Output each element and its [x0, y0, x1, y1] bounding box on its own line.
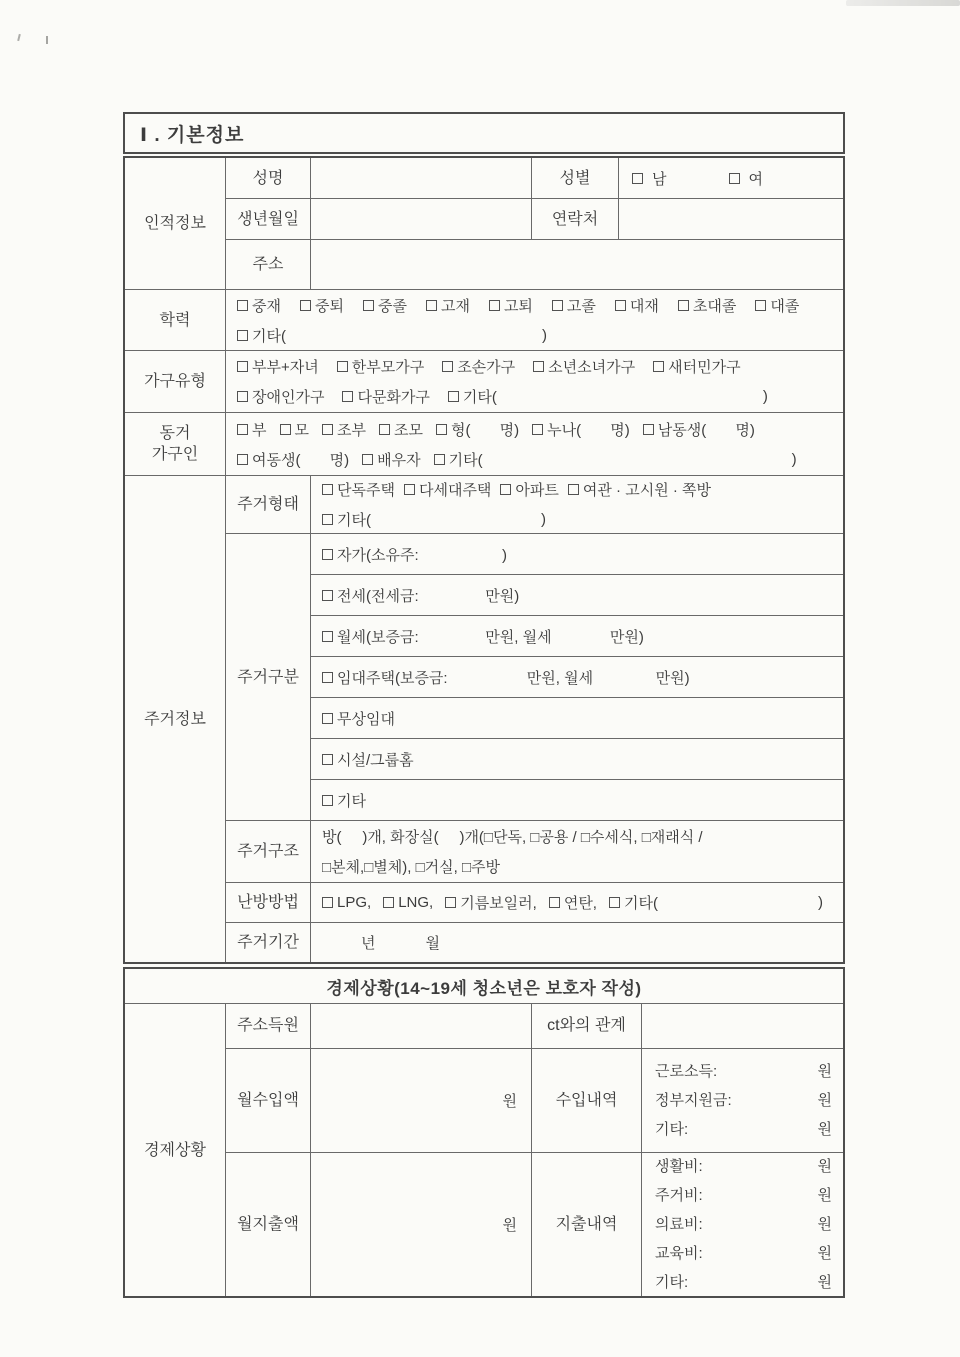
housing-period-label: 주거기간: [226, 923, 310, 962]
housing-info-grid: 주거형태 단독주택다세대주택아파트여관 · 고시원 · 쪽방 기타( ): [225, 476, 843, 962]
checkbox-icon[interactable]: [609, 897, 620, 908]
contact-field[interactable]: [618, 199, 843, 239]
cohabitants-options: 부모조부조모형( 명)누나( 명)남동생( 명) 여동생( 명)배우자기타( ): [225, 413, 843, 475]
housing-form-checkbox-option[interactable]: 다세대주택: [404, 479, 491, 500]
education-checkbox-option[interactable]: 고퇴: [489, 295, 533, 316]
checkbox-icon[interactable]: [322, 713, 333, 724]
checkbox-icon[interactable]: [322, 484, 333, 495]
checkbox-icon[interactable]: [379, 424, 390, 435]
checkbox-icon[interactable]: [678, 300, 689, 311]
household-type-line2: 장애인가구다문화가구기타( ): [237, 383, 835, 410]
income-source-field[interactable]: [310, 1004, 531, 1048]
currency-unit: 원: [818, 1268, 833, 1297]
economy-row: 경제상황 주소득원 ct와의 관계 월수입액 원 수입내역: [125, 1003, 843, 1296]
checkbox-icon[interactable]: [322, 631, 333, 642]
housing-info-label: 주거정보: [125, 476, 225, 962]
checkbox-icon[interactable]: [280, 424, 291, 435]
detail-label: 기타:: [655, 1115, 688, 1144]
gender-options: 남여: [618, 158, 843, 198]
heating-checkbox-option[interactable]: 연탄,: [549, 892, 597, 913]
housing-division-options: 자가(소유주: )전세(전세금: 만원)월세(보증금: 만원, 월세 만원)임대…: [310, 534, 843, 820]
housing-division-checkbox-option[interactable]: 기타: [311, 779, 843, 820]
housing-form-checkbox-option[interactable]: 기타(: [322, 509, 371, 530]
address-field[interactable]: [310, 240, 843, 289]
personal-info-grid: 성명 성별 남여 생년월일 연락처 주소: [225, 158, 843, 289]
heating-checkbox-option[interactable]: 기타(: [609, 892, 658, 913]
housing-division-label: 주거구분: [226, 534, 310, 820]
income-breakdown-label: 수입내역: [531, 1049, 641, 1152]
detail-label: 주거비:: [655, 1181, 703, 1210]
checkbox-icon[interactable]: [632, 173, 643, 184]
checkbox-icon[interactable]: [322, 424, 333, 435]
checkbox-icon[interactable]: [300, 300, 311, 311]
currency-unit: 원: [503, 1214, 518, 1235]
currency-unit: 원: [818, 1057, 833, 1086]
currency-unit: 원: [503, 1090, 518, 1111]
housing-info-row: 주거정보 주거형태 단독주택다세대주택아파트여관 · 고시원 · 쪽방 기타( …: [125, 475, 843, 962]
housing-form-line2: 기타( ): [322, 506, 835, 533]
birthdate-label: 생년월일: [226, 199, 310, 239]
cohabitants-label: 동거가구인: [125, 413, 225, 475]
cohabitant-checkbox-option[interactable]: 조부: [322, 419, 366, 440]
household-type-checkbox-option[interactable]: 장애인가구: [237, 386, 324, 407]
cohabitant-checkbox-option[interactable]: 기타(: [434, 449, 483, 470]
housing-structure-line1[interactable]: 방( )개, 화장실( )개(□단독, □공용 / □수세식, □재래식 /: [322, 823, 835, 850]
currency-unit: 원: [818, 1239, 833, 1268]
detail-label: 근로소득:: [655, 1057, 717, 1086]
close-paren: ): [792, 451, 797, 468]
housing-form-label: 주거형태: [226, 476, 310, 533]
expense-detail-line[interactable]: 의료비:원: [642, 1210, 843, 1239]
cohabitants-line1: 부모조부조모형( 명)누나( 명)남동생( 명): [237, 416, 835, 443]
checkbox-icon[interactable]: [362, 454, 373, 465]
ct-relation-field[interactable]: [641, 1004, 843, 1048]
checkbox-icon[interactable]: [237, 424, 248, 435]
personal-info-row: 인적정보 성명 성별 남여 생년월일 연락처: [125, 158, 843, 289]
checkbox-icon[interactable]: [500, 484, 511, 495]
currency-unit: 원: [818, 1086, 833, 1115]
checkbox-icon[interactable]: [322, 549, 333, 560]
education-options: 중재중퇴중졸고재고퇴고졸대재초대졸대졸 기타( ): [225, 290, 843, 350]
checkbox-icon[interactable]: [552, 300, 563, 311]
heating-checkbox-option[interactable]: 기름보일러,: [445, 892, 537, 913]
cohabitant-checkbox-option[interactable]: 남동생( 명): [643, 419, 755, 440]
expense-detail-line[interactable]: 기타:원: [642, 1268, 843, 1297]
housing-period-field[interactable]: 년 월: [310, 923, 843, 962]
housing-division-checkbox-option[interactable]: 전세(전세금: 만원): [311, 574, 843, 615]
detail-label: 교육비:: [655, 1239, 703, 1268]
expense-detail-line[interactable]: 교육비:원: [642, 1239, 843, 1268]
education-checkbox-option[interactable]: 중재: [237, 295, 281, 316]
checkbox-icon[interactable]: [448, 391, 459, 402]
section-title: Ⅰ . 기본정보: [140, 120, 244, 147]
cohabitant-checkbox-option[interactable]: 누나( 명): [532, 419, 630, 440]
currency-unit: 원: [818, 1181, 833, 1210]
cohabitant-checkbox-option[interactable]: 조모: [379, 419, 423, 440]
checkbox-icon[interactable]: [445, 897, 456, 908]
household-type-checkbox-option[interactable]: 새터민가구: [653, 356, 740, 377]
housing-division-checkbox-option[interactable]: 자가(소유주: ): [311, 534, 843, 574]
cohabitants-line2: 여동생( 명)배우자기타( ): [237, 446, 835, 473]
heating-checkbox-option[interactable]: LNG,: [383, 894, 433, 911]
address-label: 주소: [226, 240, 310, 289]
main-table: 인적정보 성명 성별 남여 생년월일 연락처: [123, 156, 845, 964]
housing-form-line1: 단독주택다세대주택아파트여관 · 고시원 · 쪽방: [322, 476, 835, 503]
economy-header: 경제상황(14~19세 청소년은 보호자 작성): [125, 969, 843, 1003]
housing-division-checkbox-option[interactable]: 무상임대: [311, 697, 843, 738]
checkbox-icon[interactable]: [322, 590, 333, 601]
checkbox-icon[interactable]: [532, 424, 543, 435]
housing-division-checkbox-option[interactable]: 임대주택(보증금: 만원, 월세 만원): [311, 656, 843, 697]
currency-unit: 원: [818, 1210, 833, 1239]
basic-info-form: Ⅰ . 기본정보 인적정보 성명 성별 남여 생년월일: [123, 112, 845, 1298]
income-detail-line[interactable]: 기타:원: [642, 1115, 843, 1144]
checkbox-icon[interactable]: [322, 514, 333, 525]
close-paren: ): [542, 327, 547, 344]
household-type-checkbox-option[interactable]: 한부모가구: [337, 356, 424, 377]
housing-division-checkbox-option[interactable]: 시설/그룹홈: [311, 738, 843, 779]
checkbox-icon[interactable]: [729, 173, 740, 184]
cohabitant-checkbox-option[interactable]: 모: [280, 419, 310, 440]
cohabitants-row: 동거가구인 부모조부조모형( 명)누나( 명)남동생( 명) 여동생( 명)배우…: [125, 412, 843, 475]
name-field[interactable]: [310, 158, 531, 198]
household-type-checkbox-option[interactable]: 조손가구: [442, 356, 515, 377]
household-type-row: 가구유형 부부+자녀한부모가구조손가구소년소녀가구새터민가구 장애인가구다문화가…: [125, 350, 843, 412]
checkbox-icon[interactable]: [426, 300, 437, 311]
checkbox-icon[interactable]: [755, 300, 766, 311]
economy-header-text: 경제상황(14~19세 청소년은 보호자 작성): [326, 974, 641, 999]
cohabitant-checkbox-option[interactable]: 배우자: [362, 449, 420, 470]
household-type-label: 가구유형: [125, 351, 225, 412]
contact-label: 연락처: [531, 199, 618, 239]
housing-division-checkbox-option[interactable]: 월세(보증금: 만원, 월세 만원): [311, 615, 843, 656]
gender-checkbox-option[interactable]: 남: [632, 168, 667, 189]
close-paren: ): [541, 511, 546, 528]
cohabitant-checkbox-option[interactable]: 부: [237, 419, 267, 440]
scan-artifact-mark: [46, 36, 48, 44]
household-type-checkbox-option[interactable]: 기타(: [448, 386, 497, 407]
checkbox-icon[interactable]: [549, 897, 560, 908]
checkbox-icon[interactable]: [615, 300, 626, 311]
gender-checkbox-option[interactable]: 여: [729, 168, 764, 189]
checkbox-icon[interactable]: [363, 300, 374, 311]
education-other-checkbox-option[interactable]: 기타(: [237, 325, 286, 346]
education-options-line2: 기타( ): [237, 322, 835, 349]
gender-label: 성별: [531, 158, 618, 198]
education-row: 학력 중재중퇴중졸고재고퇴고졸대재초대졸대졸 기타( ): [125, 289, 843, 350]
close-paren: ): [818, 894, 823, 911]
currency-unit: 원: [818, 1152, 833, 1181]
economy-label: 경제상황: [125, 1004, 225, 1296]
checkbox-icon[interactable]: [643, 424, 654, 435]
section-title-bar: Ⅰ . 기본정보: [123, 112, 845, 154]
name-label: 성명: [226, 158, 310, 198]
cohabitant-checkbox-option[interactable]: 형( 명): [436, 419, 519, 440]
personal-info-label: 인적정보: [125, 158, 225, 289]
checkbox-icon[interactable]: [434, 454, 445, 465]
monthly-income-label: 월수입액: [226, 1049, 310, 1152]
checkbox-icon[interactable]: [237, 454, 248, 465]
checkbox-icon[interactable]: [337, 361, 348, 372]
birthdate-field[interactable]: [310, 199, 531, 239]
checkbox-icon[interactable]: [237, 330, 248, 341]
housing-structure-line2[interactable]: □본체,□별체), □거실, □주방: [322, 853, 835, 880]
scan-artifact-streak: [846, 0, 960, 6]
housing-form-options: 단독주택다세대주택아파트여관 · 고시원 · 쪽방 기타( ): [310, 476, 843, 533]
scanned-form-page: Ⅰ . 기본정보 인적정보 성명 성별 남여 생년월일: [0, 0, 960, 1357]
checkbox-icon[interactable]: [237, 300, 248, 311]
education-label: 학력: [125, 290, 225, 350]
household-type-options: 부부+자녀한부모가구조손가구소년소녀가구새터민가구 장애인가구다문화가구기타( …: [225, 351, 843, 412]
checkbox-icon[interactable]: [237, 391, 248, 402]
checkbox-icon[interactable]: [342, 391, 353, 402]
housing-structure-label: 주거구조: [226, 821, 310, 882]
education-checkbox-option[interactable]: 고재: [426, 295, 470, 316]
household-type-checkbox-option[interactable]: 소년소녀가구: [533, 356, 635, 377]
income-detail-line[interactable]: 정부지원금:원: [642, 1086, 843, 1115]
detail-label: 정부지원금:: [655, 1086, 732, 1115]
detail-label: 생활비:: [655, 1152, 703, 1181]
heating-label: 난방방법: [226, 883, 310, 922]
checkbox-icon[interactable]: [533, 361, 544, 372]
checkbox-icon[interactable]: [436, 424, 447, 435]
close-paren: ): [763, 388, 768, 405]
housing-form-checkbox-option[interactable]: 단독주택: [322, 479, 395, 500]
household-type-checkbox-option[interactable]: 부부+자녀: [237, 356, 319, 377]
checkbox-icon[interactable]: [322, 672, 333, 683]
checkbox-icon[interactable]: [568, 484, 579, 495]
expense-detail-line[interactable]: 주거비:원: [642, 1181, 843, 1210]
checkbox-icon[interactable]: [322, 897, 333, 908]
housing-structure-content: 방( )개, 화장실( )개(□단독, □공용 / □수세식, □재래식 / □…: [310, 821, 843, 882]
detail-label: 의료비:: [655, 1210, 703, 1239]
expense-breakdown-label: 지출내역: [531, 1153, 641, 1296]
economy-table: 경제상황(14~19세 청소년은 보호자 작성) 경제상황 주소득원 ct와의 …: [123, 967, 845, 1298]
income-detail-line[interactable]: 근로소득:원: [642, 1057, 843, 1086]
housing-form-checkbox-option[interactable]: 아파트: [500, 479, 558, 500]
cohabitants-label-text: 동거가구인: [152, 423, 198, 465]
checkbox-icon[interactable]: [442, 361, 453, 372]
education-checkbox-option[interactable]: 대졸: [755, 295, 799, 316]
currency-unit: 원: [818, 1115, 833, 1144]
monthly-expense-label: 월지출액: [226, 1153, 310, 1296]
expense-detail-line[interactable]: 생활비:원: [642, 1152, 843, 1181]
heating-checkbox-option[interactable]: LPG,: [322, 894, 371, 911]
education-checkbox-option[interactable]: 중퇴: [300, 295, 344, 316]
checkbox-icon[interactable]: [322, 754, 333, 765]
household-type-checkbox-option[interactable]: 다문화가구: [342, 386, 429, 407]
education-checkbox-option[interactable]: 대재: [615, 295, 659, 316]
expense-details: 생활비:원주거비:원의료비:원교육비:원기타:원: [641, 1153, 843, 1296]
checkbox-icon[interactable]: [383, 897, 394, 908]
checkbox-icon[interactable]: [404, 484, 415, 495]
household-type-line1: 부부+자녀한부모가구조손가구소년소녀가구새터민가구: [237, 353, 835, 380]
income-source-label: 주소득원: [226, 1004, 310, 1048]
education-checkbox-option[interactable]: 중졸: [363, 295, 407, 316]
education-options-line1: 중재중퇴중졸고재고퇴고졸대재초대졸대졸: [237, 292, 835, 319]
monthly-expense-field[interactable]: 원: [310, 1153, 531, 1296]
ct-relation-label: ct와의 관계: [531, 1004, 641, 1048]
detail-label: 기타:: [655, 1268, 688, 1297]
heating-options: LPG,LNG,기름보일러,연탄,기타( ): [310, 883, 843, 922]
housing-form-checkbox-option[interactable]: 여관 · 고시원 · 쪽방: [568, 479, 711, 500]
income-details: 근로소득:원정부지원금:원기타:원: [641, 1049, 843, 1152]
education-checkbox-option[interactable]: 고졸: [552, 295, 596, 316]
checkbox-icon[interactable]: [237, 361, 248, 372]
economy-grid: 주소득원 ct와의 관계 월수입액 원 수입내역 근로소득:원정부지원금:원기타…: [225, 1004, 843, 1296]
education-checkbox-option[interactable]: 초대졸: [678, 295, 736, 316]
checkbox-icon[interactable]: [489, 300, 500, 311]
checkbox-icon[interactable]: [653, 361, 664, 372]
cohabitant-checkbox-option[interactable]: 여동생( 명): [237, 449, 349, 470]
scan-artifact-mark: [17, 34, 21, 41]
monthly-income-field[interactable]: 원: [310, 1049, 531, 1152]
checkbox-icon[interactable]: [322, 795, 333, 806]
